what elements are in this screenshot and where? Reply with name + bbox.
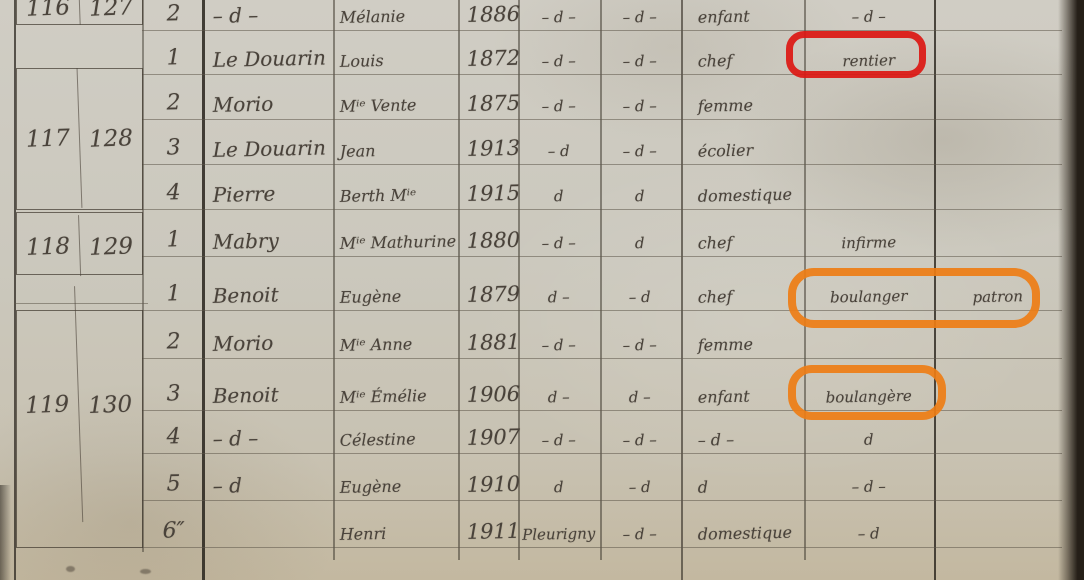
household-number: 128 [78,68,145,210]
surname-cell: – d [206,450,331,500]
profession-cell: infirme [805,206,932,256]
pencil-smudge [66,566,75,572]
census-register-photo: 1161271171281181291191302– d –Mélanie188… [0,0,1084,580]
b-cell: – d – [600,28,679,74]
a-cell: d – [518,356,599,410]
surname-cell: Le Douarin [206,27,331,74]
position-cell: chef [683,207,802,256]
a-cell: – d [518,117,599,164]
member-count-cell: 1 [145,255,202,310]
a-cell: – d – [518,0,599,30]
b-cell: d – [600,356,679,410]
a-cell: – d – [518,207,599,256]
position-cell: enfant [683,0,802,30]
year-cell: 1880 [460,208,517,256]
given-cell: Mⁱᵉ Mathurine [335,206,456,256]
position-cell: écolier [683,117,802,164]
surname-cell: – d – [206,0,331,30]
given-cell: Louis [335,27,456,74]
year-cell: 1872 [460,29,517,74]
household-number: 119 [12,286,83,524]
year-cell: 1915 [460,163,517,209]
member-count-cell: 4 [145,163,202,209]
year-cell: 1886 [460,0,517,30]
photo-right-edge [1058,0,1084,580]
surname-cell: Mabry [206,206,331,256]
a-cell: d – [518,254,599,310]
a-cell: d [518,162,599,209]
b-cell: – d [600,451,679,500]
position-cell: enfant [683,356,802,410]
position-cell: domestique [683,498,802,547]
a-cell: – d – [518,28,599,74]
household-number: 127 [79,0,142,27]
given-cell: Mⁱᵉ Vente [335,71,456,119]
member-count-cell: 2 [145,309,202,358]
year-cell: 1881 [460,309,517,358]
household-number-box: 116127 [16,0,143,25]
table-column-rule [202,0,205,580]
member-count-cell: 3 [145,357,202,410]
table-column-rule [333,0,335,560]
surname-cell: Morio [206,307,331,358]
year-cell: 1879 [460,255,517,310]
surname-cell: Benoit [206,253,331,310]
given-cell: Mⁱᵉ Anne [335,307,456,358]
household-number: 130 [75,286,145,524]
b-cell: – d – [600,117,679,164]
profession-cell: – d [805,497,932,547]
a-cell: – d – [518,408,599,453]
given-cell: Mélanie [335,0,456,30]
member-count-cell: 1 [145,29,202,74]
surname-cell: Le Douarin [206,116,331,164]
position-cell: femme [683,72,802,119]
year-cell: 1910 [460,452,517,500]
position-cell: femme [683,308,802,358]
year-cell: 1875 [460,73,517,119]
position-cell: chef [683,28,802,74]
b-cell: d [600,162,679,209]
member-count-cell: 2 [145,0,202,30]
a-cell: – d – [518,72,599,119]
surname-cell: Pierre [206,161,331,209]
position-cell: chef [683,254,802,310]
a-cell: Pleurigny [518,498,599,547]
orange-highlight-box [788,268,1040,328]
given-cell: Jean [335,116,456,164]
household-number: 117 [15,68,83,210]
surname-cell: Benoit [206,355,331,410]
photo-left-edge [0,485,11,580]
surname-cell: Morio [206,71,331,119]
a-cell: d [518,451,599,500]
given-cell: Henri [335,497,456,547]
profession-cell: – d – [805,450,932,500]
year-cell: 1913 [460,118,517,164]
b-cell: – d – [600,72,679,119]
household-number-box: 117128 [16,68,143,210]
given-cell: Eugène [335,450,456,500]
b-cell: – d – [600,408,679,453]
household-number: 118 [16,215,81,278]
year-cell: 1911 [460,499,517,547]
pencil-smudge [140,569,151,574]
year-cell: 1906 [460,357,517,410]
surname-cell: – d – [206,407,331,453]
given-cell: Berth Mⁱᵉ [335,161,456,209]
position-cell: domestique [683,162,802,209]
household-number: 116 [16,0,80,27]
red-highlight-box [786,31,926,78]
member-count-cell: 5 [145,452,202,500]
given-cell: Célestine [335,407,456,453]
household-number-box: 119130 [16,310,143,548]
given-cell: Mⁱᵉ Émélie [335,355,456,410]
household-number: 129 [79,215,143,278]
b-cell: – d – [600,498,679,547]
position-cell: d [683,451,802,500]
a-cell: – d – [518,308,599,358]
table-column-rule [458,0,460,560]
member-count-cell: 3 [145,118,202,164]
b-cell: – d – [600,308,679,358]
b-cell: – d [600,254,679,310]
b-cell: d [600,207,679,256]
b-cell: – d – [600,0,679,30]
member-count-cell: 6″ [145,499,202,547]
profession-cell: – d – [805,0,932,30]
member-count-cell: 1 [145,208,202,256]
member-count-cell: 4 [145,409,202,453]
year-cell: 1907 [460,409,517,453]
household-number-box: 118129 [16,212,143,275]
orange-highlight-box [788,365,946,420]
member-count-cell: 2 [145,73,202,119]
position-cell: – d – [683,408,802,453]
table-row-rule [142,547,1062,548]
given-cell: Eugène [335,253,456,310]
